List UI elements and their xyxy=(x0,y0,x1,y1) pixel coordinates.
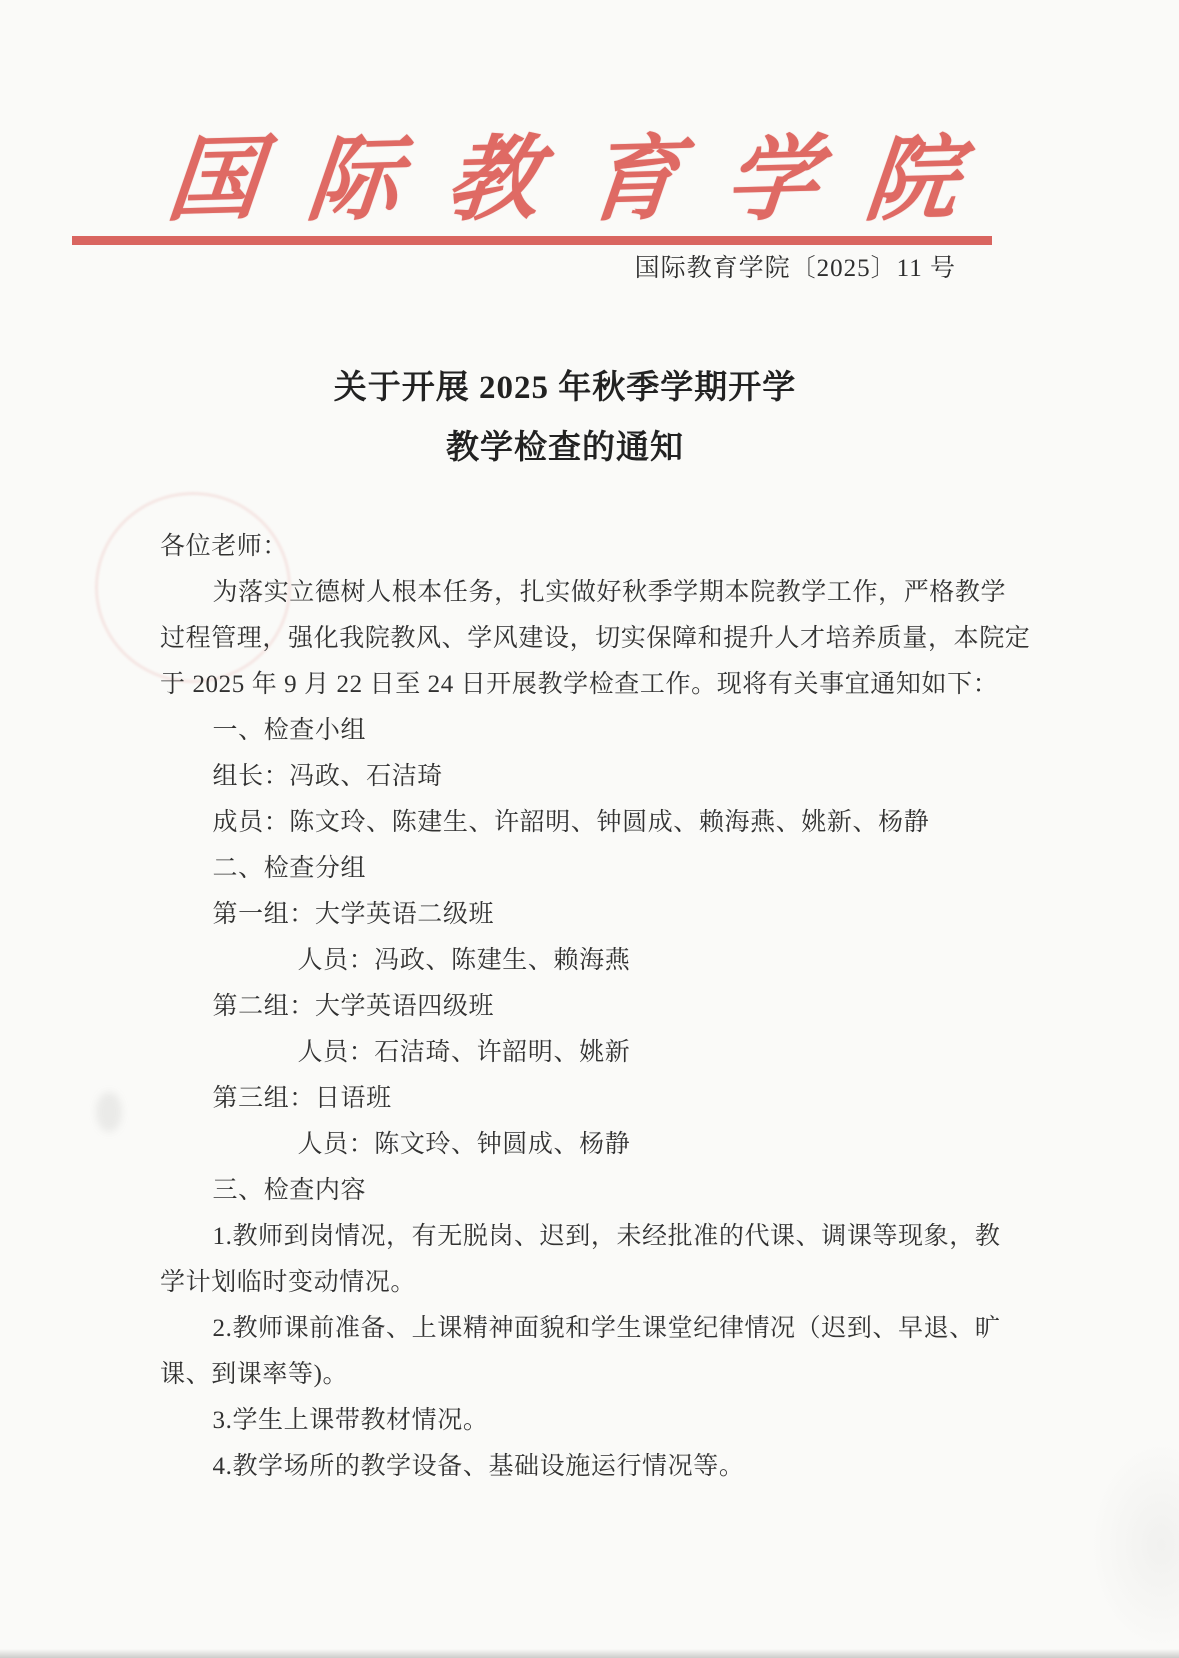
body-line: 二、检查分组 xyxy=(160,846,972,892)
body-line: 第一组：大学英语二级班 xyxy=(160,892,972,938)
notice-title: 关于开展 2025 年秋季学期开学 教学检查的通知 xyxy=(160,358,970,478)
scanned-notice-page: 国际教育学院 国际教育学院〔2025〕11 号 关于开展 2025 年秋季学期开… xyxy=(0,0,1179,1658)
body-line: 学计划临时变动情况。 xyxy=(160,1260,972,1306)
letterhead-college-name: 国际教育学院 xyxy=(168,126,958,230)
scan-bottom-edge xyxy=(0,1649,1179,1658)
scan-smudge-artifact xyxy=(96,1092,122,1132)
body-line: 3.学生上课带教材情况。 xyxy=(160,1398,972,1444)
notice-title-line2: 教学检查的通知 xyxy=(160,418,970,478)
body-line: 成员：陈文玲、陈建生、许韶明、钟圆成、赖海燕、姚新、杨静 xyxy=(160,800,972,846)
letterhead-character: 学 xyxy=(721,129,823,231)
document-number: 国际教育学院〔2025〕11 号 xyxy=(160,252,956,286)
body-line: 组长：冯政、石洁琦 xyxy=(160,754,972,800)
document-body: 各位老师：为落实立德树人根本任务，扎实做好秋季学期本院教学工作，严格教学过程管理… xyxy=(160,524,972,1490)
body-line: 1.教师到岗情况，有无脱岗、迟到，未经批准的代课、调课等现象，教 xyxy=(160,1214,972,1260)
body-line: 一、检查小组 xyxy=(160,708,972,754)
letterhead-character: 教 xyxy=(442,129,544,231)
body-line: 三、检查内容 xyxy=(160,1168,972,1214)
body-line: 各位老师： xyxy=(160,524,972,570)
body-line: 于 2025 年 9 月 22 日至 24 日开展教学检查工作。现将有关事宜通知… xyxy=(160,662,972,708)
body-line: 为落实立德树人根本任务，扎实做好秋季学期本院教学工作，严格教学 xyxy=(160,570,972,616)
body-line: 人员：陈文玲、钟圆成、杨静 xyxy=(160,1122,972,1168)
letterhead-character: 院 xyxy=(861,129,963,231)
body-line: 课、到课率等)。 xyxy=(160,1352,972,1398)
body-line: 过程管理，强化我院教风、学风建设，切实保障和提升人才培养质量，本院定 xyxy=(160,616,972,662)
letterhead-character: 国 xyxy=(163,129,265,231)
scan-noise-artifact xyxy=(1089,1440,1179,1650)
body-line: 2.教师课前准备、上课精神面貌和学生课堂纪律情况（迟到、早退、旷 xyxy=(160,1306,972,1352)
body-line: 4.教学场所的教学设备、基础设施运行情况等。 xyxy=(160,1444,972,1490)
body-line: 人员：冯政、陈建生、赖海燕 xyxy=(160,938,972,984)
letterhead-divider-rule xyxy=(72,236,992,245)
letterhead-character: 际 xyxy=(303,129,405,231)
body-line: 第三组：日语班 xyxy=(160,1076,972,1122)
body-line: 人员：石洁琦、许韶明、姚新 xyxy=(160,1030,972,1076)
letterhead-character: 育 xyxy=(582,129,684,231)
notice-title-line1: 关于开展 2025 年秋季学期开学 xyxy=(160,358,970,418)
body-line: 第二组：大学英语四级班 xyxy=(160,984,972,1030)
